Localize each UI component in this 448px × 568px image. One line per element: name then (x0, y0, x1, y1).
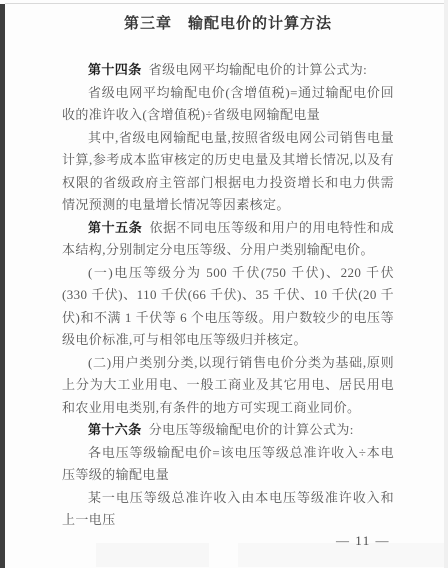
paragraph-text: 各电压等级输配电价=该电压等级总准许收入÷本电压等级的输配电量 (62, 445, 394, 483)
paragraph: 某一电压等级总准许收入由本电压等级准许收入和上一电压 (62, 487, 394, 532)
paragraph: (二)用户类别分类,以现行销售电价分类为基础,原则上分为大工业用电、一般工商业及… (62, 352, 394, 420)
page-content: 第三章 输配电价的计算方法 第十四条省级电网平均输配电价的计算公式为: 省级电网… (62, 14, 394, 549)
paragraph: 第十六条分电压等级输配电价的计算公式为: (62, 419, 394, 442)
paragraph-text: 省级电网平均输配电价的计算公式为: (149, 62, 367, 77)
paragraph: 各电压等级输配电价=该电压等级总准许收入÷本电压等级的输配电量 (62, 442, 394, 487)
paragraph-text: 分电压等级输配电价的计算公式为: (149, 422, 354, 437)
right-edge-shadow (444, 0, 448, 568)
chapter-title: 第三章 输配电价的计算方法 (62, 14, 394, 34)
paragraph-text: (一)电压等级分为 500 千伏(750 千伏)、220 千伏(330 千伏)、… (62, 265, 394, 348)
paragraph-text: (二)用户类别分类,以现行销售电价分类为基础,原则上分为大工业用电、一般工商业及… (62, 355, 394, 415)
article-number: 第十五条 (88, 220, 142, 235)
paragraph-text: 某一电压等级总准许收入由本电压等级准许收入和上一电压 (62, 490, 394, 528)
top-edge-line (5, 3, 448, 4)
paragraph: 第十五条依据不同电压等级和用户的用电特性和成本结构,分别制定分电压等级、分用户类… (62, 217, 394, 262)
article-number: 第十四条 (88, 62, 142, 77)
left-binding-edge (0, 4, 5, 568)
paragraph: 省级电网平均输配电价(含增值税)=通过输配电价回收的准许收入(含增值税)÷省级电… (62, 82, 394, 127)
article-number: 第十六条 (88, 422, 142, 437)
paragraph: 第十四条省级电网平均输配电价的计算公式为: (62, 59, 394, 82)
page-number: — 11 — (62, 533, 394, 549)
paragraph: (一)电压等级分为 500 千伏(750 千伏)、220 千伏(330 千伏)、… (62, 262, 394, 352)
document-page: 第三章 输配电价的计算方法 第十四条省级电网平均输配电价的计算公式为: 省级电网… (0, 0, 448, 568)
paragraph-text: 省级电网平均输配电价(含增值税)=通过输配电价回收的准许收入(含增值税)÷省级电… (62, 85, 394, 123)
paragraph: 其中,省级电网输配电量,按照省级电网公司销售电量计算,参考成本监审核定的历史电量… (62, 127, 394, 217)
paragraph-text: 其中,省级电网输配电量,按照省级电网公司销售电量计算,参考成本监审核定的历史电量… (62, 130, 394, 213)
